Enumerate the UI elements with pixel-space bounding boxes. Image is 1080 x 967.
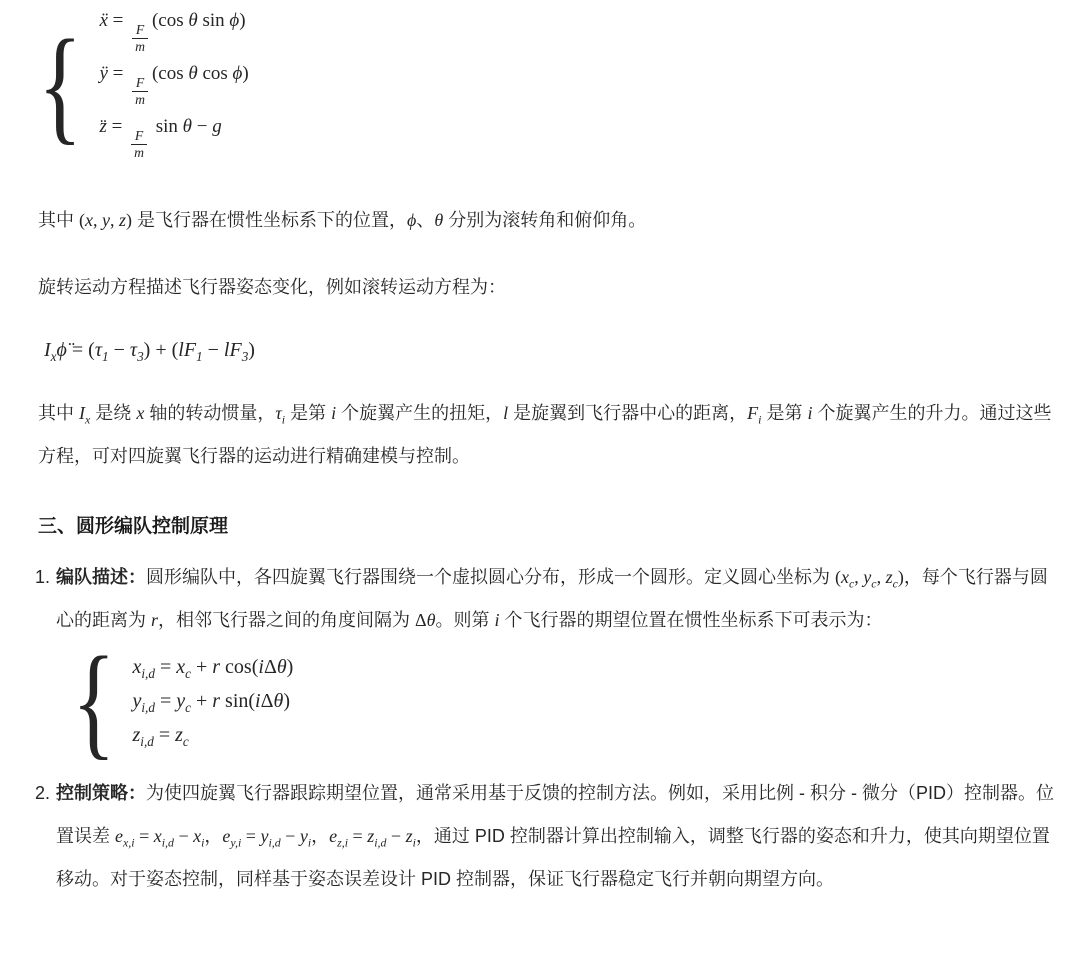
list-item-control-strategy: 2. 控制策略：为使四旋翼飞行器跟踪期望位置，通常采用基于反馈的控制方法。例如，… bbox=[38, 772, 1054, 902]
math-operator: ) bbox=[287, 656, 294, 678]
math-operator: = bbox=[154, 724, 175, 746]
math-operator: Δ bbox=[261, 690, 274, 712]
math-operator: = bbox=[108, 10, 128, 31]
list-item-paragraph: 控制策略：为使四旋翼飞行器跟踪期望位置，通常采用基于反馈的控制方法。例如，采用比… bbox=[56, 772, 1054, 902]
math-variable: θ bbox=[277, 656, 287, 678]
math-variable: r bbox=[212, 656, 220, 678]
text-run: 是第 bbox=[285, 403, 331, 423]
fraction: Fm bbox=[131, 128, 147, 160]
list-item-text: 为使四旋翼飞行器跟踪期望位置，通常采用基于反馈的控制方法。例如，采用比例 - 积… bbox=[56, 783, 1054, 889]
equation-rows: xi,d = xc + r cos(iΔθ) yi,d = yc + r sin… bbox=[132, 656, 293, 747]
equation-row-x: ẍ = Fm(cos θ sin ϕ) bbox=[99, 10, 248, 55]
math-variable: θ bbox=[188, 63, 197, 84]
math-variable: τi bbox=[275, 403, 285, 423]
math-variable: ϕ bbox=[233, 63, 243, 84]
paragraph-rotation-intro: 旋转运动方程描述飞行器姿态变化，例如滚转运动方程为： bbox=[38, 266, 1054, 309]
text-run: 是飞行器在惯性坐标系下的位置， bbox=[132, 210, 407, 230]
math-variable: θ bbox=[183, 116, 192, 137]
math-operator: + bbox=[191, 690, 212, 712]
math-variable: yi bbox=[300, 826, 311, 846]
left-curly-brace: { bbox=[38, 27, 82, 145]
paragraph-symbols-explanation: 其中 Ix 是绕 x 轴的转动惯量，τi 是第 i 个旋翼产生的扭矩，l 是旋翼… bbox=[38, 392, 1054, 478]
math-variable: yc bbox=[863, 567, 876, 587]
equation-formation-positions: { xi,d = xc + r cos(iΔθ) yi,d = yc + r s… bbox=[72, 644, 1054, 760]
math-operator: sin( bbox=[220, 690, 255, 712]
math-variable: y bbox=[102, 210, 110, 230]
math-variable: r bbox=[212, 690, 220, 712]
text-run: ，相邻飞行器之间的角度间隔为 bbox=[158, 610, 415, 630]
math-operator: − bbox=[109, 339, 130, 361]
list-item-number: 2. bbox=[28, 772, 50, 902]
math-operator: (cos bbox=[152, 63, 188, 84]
math-operator: = bbox=[241, 826, 260, 846]
math-variable: θ bbox=[273, 690, 283, 712]
math-operator: − bbox=[386, 826, 405, 846]
math-operator: = bbox=[348, 826, 367, 846]
math-variable: zc bbox=[175, 724, 189, 746]
list-item-paragraph: 编队描述：圆形编队中，各四旋翼飞行器围绕一个虚拟圆心分布，形成一个圆形。定义圆心… bbox=[56, 556, 1054, 642]
text-run: 、 bbox=[416, 210, 434, 230]
math-variable: τ1 bbox=[95, 339, 109, 361]
text-run: ， bbox=[204, 826, 222, 846]
math-variable: τ3 bbox=[130, 339, 144, 361]
text-run: 其中 bbox=[38, 403, 79, 423]
equation-row-xd: xi,d = xc + r cos(iΔθ) bbox=[132, 656, 293, 679]
math-operator: = bbox=[107, 116, 127, 137]
math-variable: yi,d bbox=[260, 826, 280, 846]
math-variable: xi bbox=[193, 826, 204, 846]
list-item-label: 编队描述： bbox=[56, 567, 146, 587]
math-operator: = bbox=[108, 63, 128, 84]
fraction: Fm bbox=[132, 75, 148, 107]
math-operator: ) bbox=[242, 63, 248, 84]
math-variable: xc bbox=[176, 656, 191, 678]
text-run: 是第 bbox=[761, 403, 807, 423]
math-variable: lF3 bbox=[224, 339, 248, 361]
left-curly-brace: { bbox=[72, 644, 116, 760]
equation-row-zd: zi,d = zc bbox=[132, 724, 293, 747]
math-operator: − bbox=[174, 826, 193, 846]
math-variable: zi,d bbox=[367, 826, 386, 846]
math-operator: = bbox=[155, 690, 176, 712]
math-operator: − bbox=[281, 826, 300, 846]
math-variable: Ix bbox=[44, 339, 57, 361]
list-item-text: 圆形编队中，各四旋翼飞行器围绕一个虚拟圆心分布，形成一个圆形。定义圆心坐标为 (… bbox=[56, 567, 1048, 630]
math-operator: Δ bbox=[415, 610, 427, 630]
math-variable: ex,i bbox=[115, 826, 135, 846]
list-item-formation-description: 1. 编队描述：圆形编队中，各四旋翼飞行器围绕一个虚拟圆心分布，形成一个圆形。定… bbox=[38, 556, 1054, 768]
math-variable: zi bbox=[406, 826, 416, 846]
text-run: 个旋翼产生的扭矩， bbox=[336, 403, 503, 423]
fraction: Fm bbox=[132, 22, 148, 54]
equation-row-z: z̈ = Fm sin θ − g bbox=[99, 116, 248, 161]
text-run: 轴的转动惯量， bbox=[144, 403, 275, 423]
text-run: 圆形编队中，各四旋翼飞行器围绕一个虚拟圆心分布，形成一个圆形。定义圆心坐标为 bbox=[146, 567, 835, 587]
math-variable: xi,d bbox=[154, 826, 174, 846]
math-operator: , bbox=[877, 567, 886, 587]
text-run: 是绕 bbox=[90, 403, 136, 423]
math-variable: xc bbox=[841, 567, 854, 587]
math-operator: ) bbox=[283, 690, 290, 712]
math-operator: − bbox=[203, 339, 224, 361]
document: { ẍ = Fm(cos θ sin ϕ) ÿ = Fm(cos θ cos ϕ… bbox=[0, 0, 1080, 901]
math-variable: θ bbox=[188, 10, 197, 31]
math-operator: , bbox=[93, 210, 102, 230]
math-variable: ẍ bbox=[99, 10, 107, 31]
math-operator: = bbox=[155, 656, 176, 678]
list-item-body: 编队描述：圆形编队中，各四旋翼飞行器围绕一个虚拟圆心分布，形成一个圆形。定义圆心… bbox=[56, 556, 1054, 768]
math-variable: yc bbox=[176, 690, 191, 712]
text-run: ， bbox=[311, 826, 329, 846]
paragraph-position-explanation: 其中 (x, y, z) 是飞行器在惯性坐标系下的位置，ϕ、θ 分别为滚转角和俯… bbox=[38, 199, 1054, 242]
equation-roll-dynamics: Ixϕ̈ = (τ1 − τ3) + (lF1 − lF3) bbox=[44, 339, 1054, 362]
math-variable: xi,d bbox=[132, 656, 154, 678]
math-variable: Fi bbox=[747, 403, 761, 423]
math-variable: Ix bbox=[79, 403, 90, 423]
text-run: 其中 bbox=[38, 210, 79, 230]
math-variable: r bbox=[151, 610, 158, 630]
math-operator: = bbox=[135, 826, 154, 846]
equation-translational-dynamics: { ẍ = Fm(cos θ sin ϕ) ÿ = Fm(cos θ cos ϕ… bbox=[38, 10, 1054, 161]
text-run: 。则第 bbox=[435, 610, 494, 630]
list-item-body: 控制策略：为使四旋翼飞行器跟踪期望位置，通常采用基于反馈的控制方法。例如，采用比… bbox=[56, 772, 1054, 902]
math-variable: zi,d bbox=[132, 724, 153, 746]
math-operator: ) bbox=[239, 10, 245, 31]
math-variable: z̈ bbox=[99, 116, 106, 137]
math-variable: yi,d bbox=[132, 690, 154, 712]
math-variable: z bbox=[119, 210, 126, 230]
math-variable: ÿ bbox=[99, 63, 107, 84]
math-variable: ez,i bbox=[329, 826, 348, 846]
text-run: 是旋翼到飞行器中心的距离， bbox=[508, 403, 747, 423]
equation-row-y: ÿ = Fm(cos θ cos ϕ) bbox=[99, 63, 248, 108]
math-operator: + bbox=[191, 656, 212, 678]
math-operator: = ( bbox=[67, 339, 95, 361]
math-variable: ϕ bbox=[407, 210, 416, 230]
equation-rows: ẍ = Fm(cos θ sin ϕ) ÿ = Fm(cos θ cos ϕ) … bbox=[99, 10, 248, 161]
equation-row-yd: yi,d = yc + r sin(iΔθ) bbox=[132, 690, 293, 713]
math-variable: g bbox=[212, 116, 222, 137]
math-operator: sin bbox=[151, 116, 183, 137]
math-operator: , bbox=[110, 210, 119, 230]
text-run: 个飞行器的期望位置在惯性坐标系下可表示为： bbox=[499, 610, 882, 630]
math-variable: ey,i bbox=[222, 826, 241, 846]
math-operator: ) bbox=[248, 339, 255, 361]
math-operator: cos( bbox=[220, 656, 258, 678]
section-heading: 三、圆形编队控制原理 bbox=[38, 511, 1054, 538]
math-variable: x bbox=[85, 210, 93, 230]
text-run: 分别为滚转角和俯仰角。 bbox=[443, 210, 646, 230]
math-operator: (cos bbox=[152, 10, 188, 31]
math-variable: ϕ̈ bbox=[57, 339, 67, 361]
math-operator: Δ bbox=[264, 656, 277, 678]
math-operator: sin bbox=[198, 10, 230, 31]
math-operator: ) + ( bbox=[144, 339, 179, 361]
list-item-label: 控制策略： bbox=[56, 783, 146, 803]
math-variable: θ bbox=[434, 210, 443, 230]
math-operator: − bbox=[192, 116, 212, 137]
math-variable: lF1 bbox=[178, 339, 202, 361]
text-run: 旋转运动方程描述飞行器姿态变化，例如滚转运动方程为： bbox=[38, 277, 506, 297]
math-variable: zc bbox=[886, 567, 898, 587]
principle-list: 1. 编队描述：圆形编队中，各四旋翼飞行器围绕一个虚拟圆心分布，形成一个圆形。定… bbox=[38, 556, 1054, 902]
math-variable: ϕ bbox=[229, 10, 239, 31]
math-operator: , bbox=[854, 567, 863, 587]
list-item-number: 1. bbox=[28, 556, 50, 768]
math-operator: cos bbox=[198, 63, 233, 84]
